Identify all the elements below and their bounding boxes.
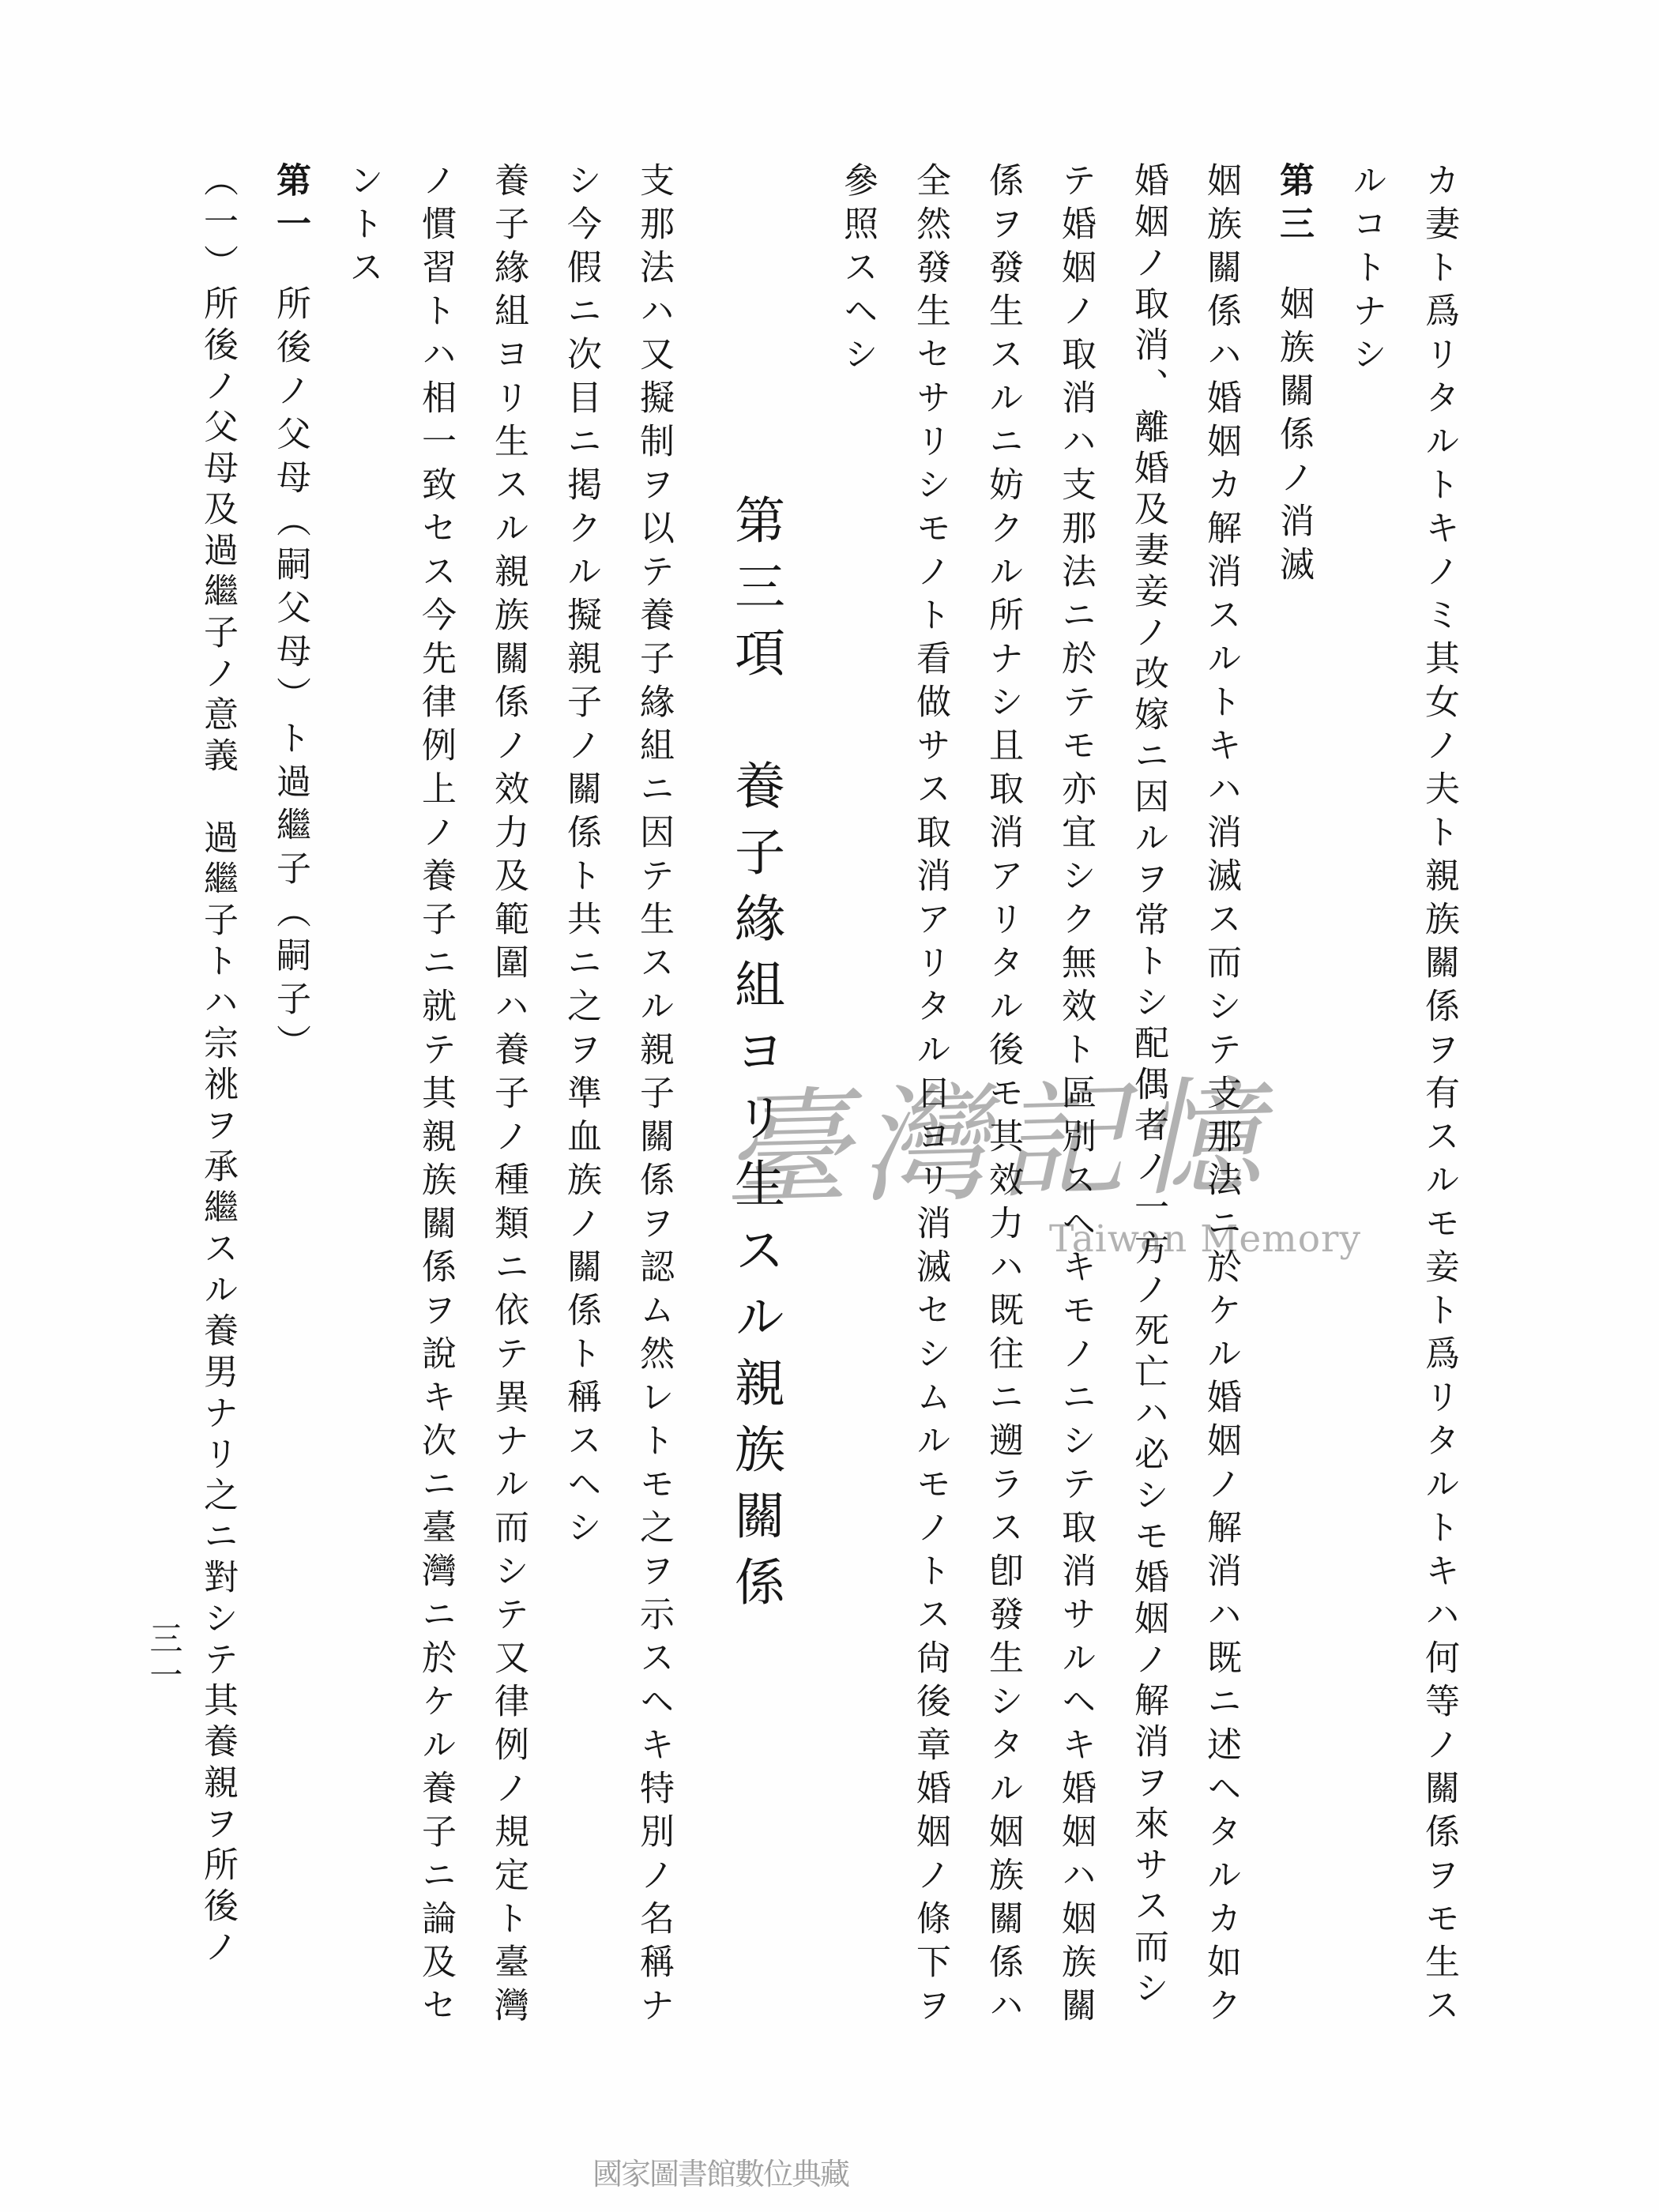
text-column-15: ントス [326,162,399,2058]
text-column-4: 姻族關係ハ婚姻カ解消スルトキハ消滅ス而シテ支那法ニ於ケル婚姻ノ解消ハ既ニ述ヘタル… [1184,162,1257,2058]
vertical-text-block: カ妻ト爲リタルトキノミ其女ノ夫ト親族關係ヲ有スルモ妾ト爲リタルトキハ何等ノ關係ヲ… [181,162,1475,2058]
text-column-8: 全然發生セサリシモノト看做サス取消アリタル日ヨリ消滅セシムルモノトス尙後章婚姻ノ… [893,162,966,2058]
text-column-7: 係ヲ發生スルニ妨クル所ナシ且取消アリタル後モ其效力ハ既往ニ遡ラス卽發生シタル姻族… [966,162,1039,2058]
text-column-17: （一）所後ノ父母及過繼子ノ意義 過繼子トハ宗祧ヲ承繼スル養男ナリ之ニ對シテ其養親… [181,162,254,2058]
text-column-9: 參照スヘシ [821,162,893,2058]
text-column-12: シ今假ニ次目ニ掲クル擬親子ノ關係ト共ニ之ヲ準血族ノ關係ト稱スヘシ [544,162,617,2058]
text-column-11: 支那法ハ又擬制ヲ以テ養子緣組ニ因テ生スル親子關係ヲ認ム然レトモ之ヲ示スヘキ特別ノ… [617,162,690,2058]
section-number: 第三 [1273,162,1314,249]
chapter-heading: 第三項 養子緣組ヨリ生スル親族關係 [704,162,807,2058]
section-line-16: 第一所後ノ父母（嗣父母）ト過繼子（嗣子） [254,162,326,2058]
section-title: 姻族關係ノ消滅 [1273,285,1314,589]
scanned-document-page: 臺灣記憶 Taiwan Memory カ妻ト爲リタルトキノミ其女ノ夫ト親族關係ヲ… [0,0,1659,2212]
section-line-3: 第三姻族關係ノ消滅 [1257,162,1330,2058]
text-column-1: カ妻ト爲リタルトキノミ其女ノ夫ト親族關係ヲ有スルモ妾ト爲リタルトキハ何等ノ關係ヲ… [1402,162,1475,2058]
text-column-5: 婚姻ノ取消、離婚及妻妾ノ改嫁ニ因ルヲ常トシ配偶者ノ一方ノ死亡ハ必シモ婚姻ノ解消ヲ… [1112,162,1184,2058]
section-number: 第一 [270,162,310,249]
page-number: 三一 [144,1621,183,1694]
section-title: 所後ノ父母（嗣父母）ト過繼子（嗣子） [270,285,310,1067]
text-column-2: ルコトナシ [1330,162,1402,2058]
text-column-14: ノ慣習トハ相一致セス今先律例上ノ養子ニ就テ其親族關係ヲ說キ次ニ臺灣ニ於ケル養子ニ… [399,162,472,2058]
library-caption: 國家圖書館數位典藏 [592,2155,848,2194]
text-column-6: テ婚姻ノ取消ハ支那法ニ於テモ亦宜シク無效ト區別スヘキモノニシテ取消サルヘキ婚姻ハ… [1039,162,1112,2058]
text-column-13: 養子緣組ヨリ生スル親族關係ノ效力及範圍ハ養子ノ種類ニ依テ異ナル而シテ又律例ノ規定… [472,162,544,2058]
